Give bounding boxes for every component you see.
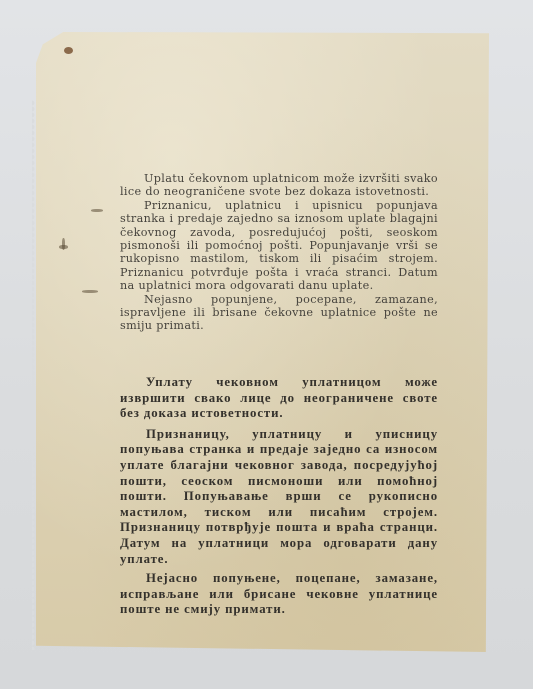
smudge-mark [62, 238, 65, 250]
smudge-mark [91, 209, 103, 212]
instructions-latin: Uplatu čekovnom uplatnicom može izvršiti… [120, 172, 438, 333]
instructions-cyrillic: Уплату чековном уплатницом може извршити… [120, 375, 438, 622]
paragraph: Нејасно попуњене, поцепане, замазане, ис… [120, 571, 438, 618]
paragraph: Uplatu čekovnom uplatnicom može izvršiti… [120, 172, 438, 199]
paragraph: Уплату чековном уплатницом може извршити… [120, 375, 438, 422]
paragraph: Признаницу, уплатницу и уписницу попуњав… [120, 427, 438, 567]
smudge-mark [82, 290, 98, 293]
paragraph: Nejasno popunjene, pocepane, zamazane, i… [120, 293, 438, 333]
paragraph: Priznanicu, uplatnicu i upisnicu popunja… [120, 199, 438, 293]
ink-stain [64, 47, 73, 54]
perforated-edge [32, 100, 40, 650]
